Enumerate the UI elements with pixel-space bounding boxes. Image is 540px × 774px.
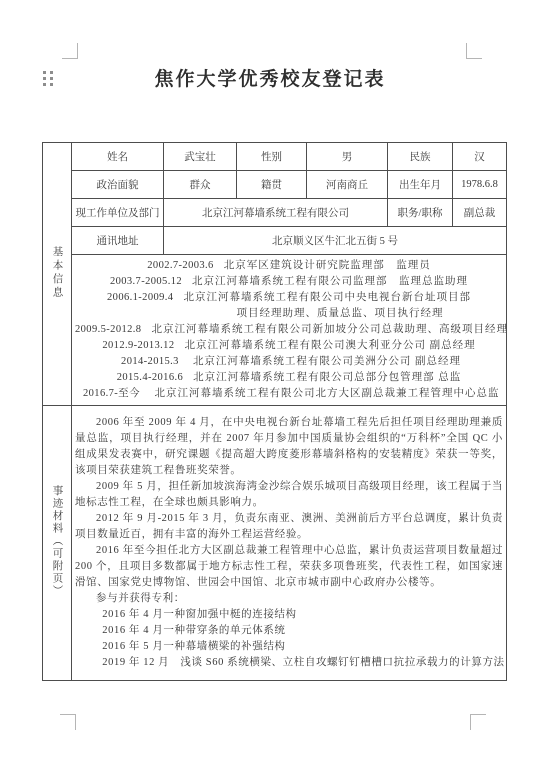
hometown-label: 籍贯 (237, 171, 307, 199)
career-period: 2003.7-2005.12 (110, 274, 182, 290)
patent-item[interactable]: 2019 年 12 月 浅谈 S60 系统横梁、立柱自攻螺钉钉槽槽口抗拉承载力的… (75, 655, 503, 671)
political-status-label: 政治面貌 (72, 171, 164, 199)
career-entry[interactable]: 2012.9-2013.12北京江河幕墙系统工程有限公司澳大利亚分公司 副总经理 (75, 338, 503, 354)
gender-label: 性别 (237, 143, 307, 171)
career-period: 2014-2015.3 (117, 354, 183, 370)
career-detail: 北京军区建筑设计研究院监理部 监理员 (224, 260, 431, 271)
career-entry-continuation[interactable]: 项目经理助理、质量总监、项目执行经理 (75, 306, 503, 322)
political-status-value[interactable]: 群众 (164, 171, 237, 199)
table-row: 通讯地址 北京顺义区牛汇北五街 5 号 (43, 227, 507, 255)
drag-handle-icon[interactable] (43, 71, 53, 86)
table-row: 事迹材料（可附页） 2006 年至 2009 年 4 月，在中央电视台新台址幕墙… (43, 406, 507, 681)
position-value[interactable]: 副总裁 (453, 199, 507, 227)
page-title[interactable]: 焦作大学优秀校友登记表 (0, 0, 540, 91)
patent-item[interactable]: 2016 年 5 月一种幕墙横梁的补强结构 (75, 639, 503, 655)
career-detail: 北京江河幕墙系统工程有限公司总部分包管理部 总监 (193, 372, 461, 383)
career-entry[interactable]: 2015.4-2016.6北京江河幕墙系统工程有限公司总部分包管理部 总监 (75, 370, 503, 386)
address-label: 通讯地址 (72, 227, 164, 255)
employer-value[interactable]: 北京江河幕墙系统工程有限公司 (164, 199, 388, 227)
career-detail: 北京江河幕墙系统工程有限公司美洲分公司 副总经理 (193, 356, 461, 367)
basic-info-vertical-label: 基本信息 (50, 246, 65, 300)
career-period: 2012.9-2013.12 (102, 338, 174, 354)
patent-item[interactable]: 2016 年 4 月一种窗加强中梃的连接结构 (75, 607, 503, 623)
position-label: 职务/职称 (388, 199, 453, 227)
deeds-content-cell[interactable]: 2006 年至 2009 年 4 月，在中央电视台新台址幕墙工程先后担任项目经理… (72, 406, 507, 681)
table-row: 2002.7-2003.6北京军区建筑设计研究院监理部 监理员 2003.7-2… (43, 255, 507, 406)
birth-date-value[interactable]: 1978.6.8 (453, 171, 507, 199)
name-value[interactable]: 武宝壮 (164, 143, 237, 171)
deeds-paragraph[interactable]: 2009 年 5 月，担任新加坡滨海湾金沙综合娱乐城项目高级项目经理，该工程属于… (75, 479, 503, 511)
margin-mark-top-right-icon (466, 43, 482, 59)
hometown-value[interactable]: 河南商丘 (307, 171, 388, 199)
gender-value[interactable]: 男 (307, 143, 388, 171)
table-row: 政治面貌 群众 籍贯 河南商丘 出生年月 1978.6.8 (43, 171, 507, 199)
career-period: 2016.7-至今 (79, 386, 145, 402)
margin-mark-bottom-left-icon (60, 714, 76, 730)
document-page: 焦作大学优秀校友登记表 基本信息 姓名 武宝壮 性别 男 民族 汉 政治面貌 群… (0, 0, 540, 774)
career-detail: 北京江河幕墙系统工程有限公司北方大区副总裁兼工程管理中心总监 (155, 388, 500, 399)
patent-item[interactable]: 2016 年 4 月一种带穿条的单元体系统 (75, 623, 503, 639)
career-entry[interactable]: 2002.7-2003.6北京军区建筑设计研究院监理部 监理员 (75, 258, 503, 274)
name-label: 姓名 (72, 143, 164, 171)
section-label-deeds: 事迹材料（可附页） (43, 406, 72, 681)
ethnicity-label: 民族 (388, 143, 453, 171)
table-row: 现工作单位及部门 北京江河幕墙系统工程有限公司 职务/职称 副总裁 (43, 199, 507, 227)
deeds-paragraph[interactable]: 2012 年 9 月-2015 年 3 月，负责东南亚、澳洲、美洲前后方平台总调… (75, 511, 503, 543)
career-entry[interactable]: 2003.7-2005.12北京江河幕墙系统工程有限公司监理部 监理总监助理 (75, 274, 503, 290)
employer-label: 现工作单位及部门 (72, 199, 164, 227)
ethnicity-value[interactable]: 汉 (453, 143, 507, 171)
deeds-paragraph[interactable]: 2016 年至今担任北方大区副总裁兼工程管理中心总监，累计负责运营项目数量超过 … (75, 543, 503, 591)
career-period: 2002.7-2003.6 (147, 258, 213, 274)
deeds-paragraph[interactable]: 2006 年至 2009 年 4 月，在中央电视台新台址幕墙工程先后担任项目经理… (75, 415, 503, 479)
career-entry[interactable]: 2014-2015.3北京江河幕墙系统工程有限公司美洲分公司 副总经理 (75, 354, 503, 370)
career-period: 2006.1-2009.4 (107, 290, 173, 306)
deeds-patents-intro[interactable]: 参与并获得专利： (75, 591, 503, 607)
margin-mark-top-left-icon (62, 43, 78, 59)
career-detail: 北京江河幕墙系统工程有限公司监理部 监理总监助理 (192, 276, 468, 287)
career-detail: 北京江河幕墙系统工程有限公司澳大利亚分公司 副总经理 (184, 340, 475, 351)
birth-date-label: 出生年月 (388, 171, 453, 199)
career-history-cell[interactable]: 2002.7-2003.6北京军区建筑设计研究院监理部 监理员 2003.7-2… (72, 255, 507, 406)
career-entry[interactable]: 2006.1-2009.4北京江河幕墙系统工程有限公司中央电视台新台址项目部 (75, 290, 503, 306)
career-period: 2015.4-2016.6 (117, 370, 183, 386)
margin-mark-bottom-right-icon (470, 714, 486, 730)
career-detail: 北京江河幕墙系统工程有限公司新加坡分公司总裁助理、高级项目经理 (151, 324, 506, 335)
career-entry[interactable]: 2016.7-至今北京江河幕墙系统工程有限公司北方大区副总裁兼工程管理中心总监 (75, 386, 503, 402)
career-period: 2009.5-2012.8 (75, 322, 141, 338)
career-detail: 北京江河幕墙系统工程有限公司中央电视台新台址项目部 (183, 292, 471, 303)
deeds-vertical-label: 事迹材料（可附页） (50, 485, 65, 598)
career-entry[interactable]: 2009.5-2012.8北京江河幕墙系统工程有限公司新加坡分公司总裁助理、高级… (75, 322, 503, 338)
section-label-basic-info: 基本信息 (43, 143, 72, 406)
alumni-form-table: 基本信息 姓名 武宝壮 性别 男 民族 汉 政治面貌 群众 籍贯 河南商丘 出生… (42, 142, 507, 681)
table-row: 基本信息 姓名 武宝壮 性别 男 民族 汉 (43, 143, 507, 171)
address-value[interactable]: 北京顺义区牛汇北五街 5 号 (164, 227, 507, 255)
